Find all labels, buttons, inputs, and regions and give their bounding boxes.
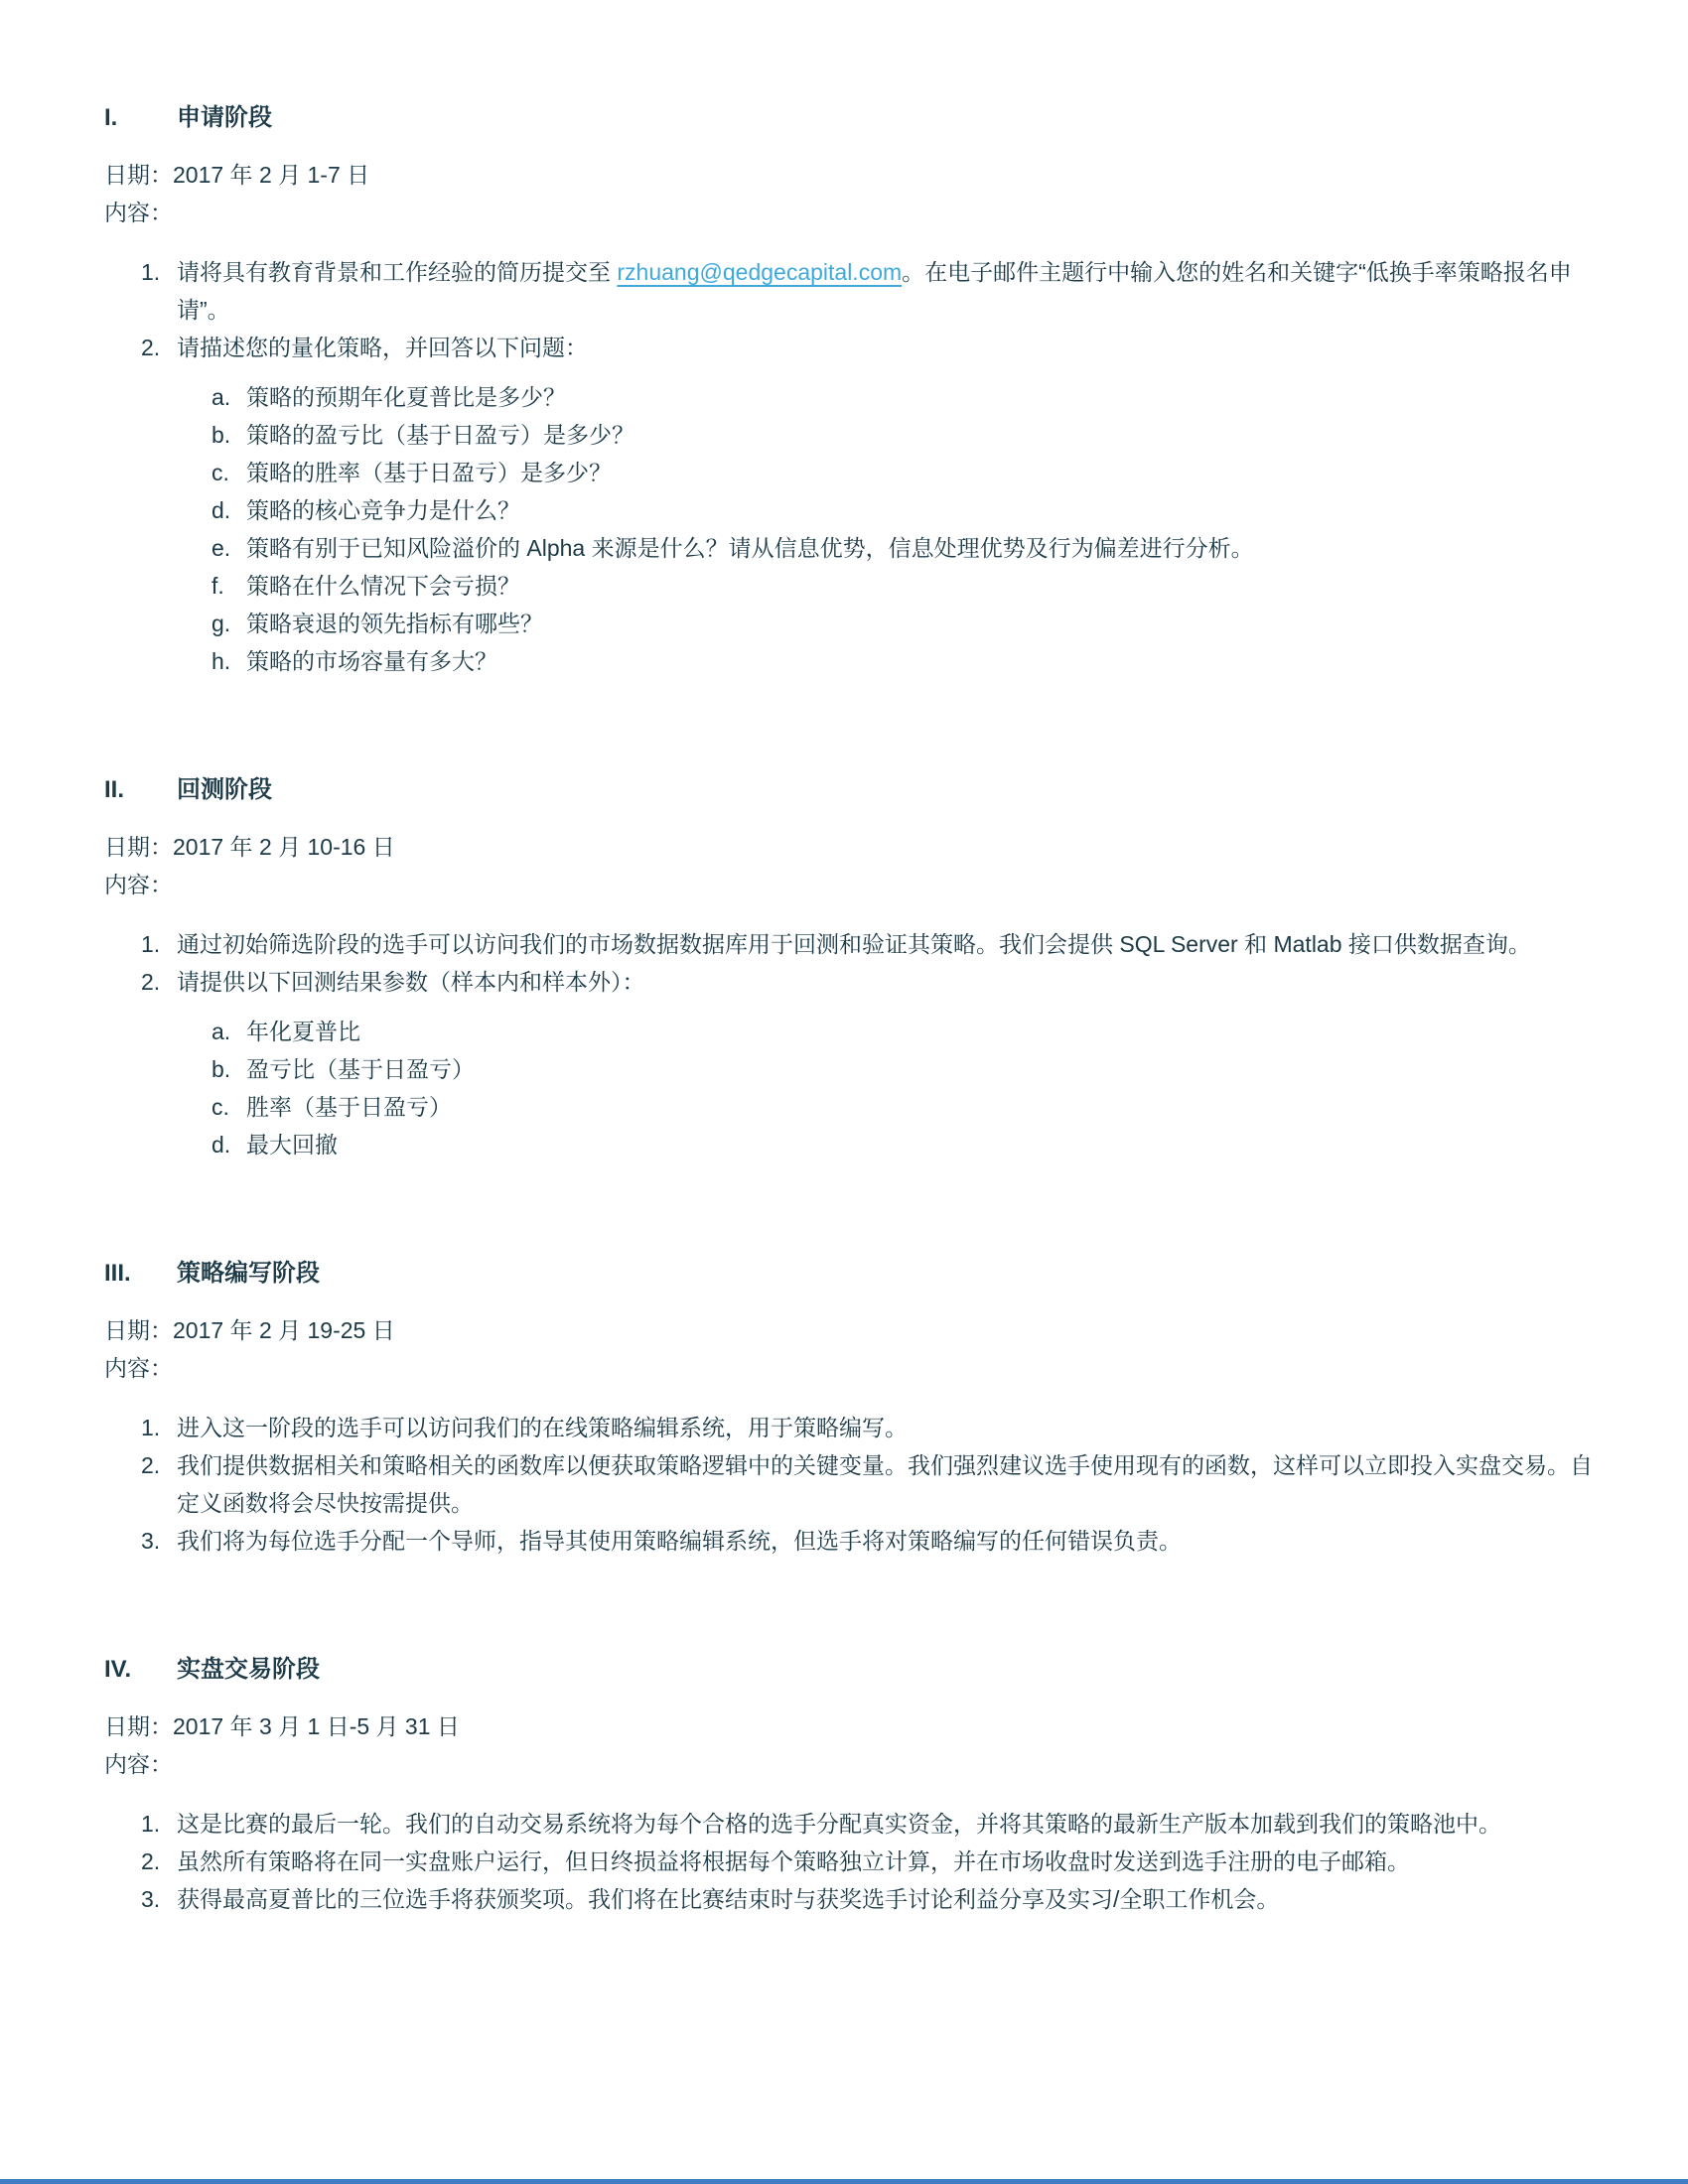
lettered-list: 策略的预期年化夏普比是多少？ 策略的盈亏比（基于日盈亏）是多少？ 策略的胜率（基… (177, 378, 1604, 680)
date-value: 2017 年 2 月 1-7 日 (173, 162, 369, 188)
document-page: I. 申请阶段 日期：2017 年 2 月 1-7 日 内容： 请将具有教育背景… (0, 0, 1688, 2184)
content-label: 内容： (104, 194, 1604, 231)
date-line: 日期：2017 年 3 月 1 日-5 月 31 日 (104, 1707, 1604, 1745)
section-live-trading-stage: IV. 实盘交易阶段 日期：2017 年 3 月 1 日-5 月 31 日 内容… (104, 1651, 1604, 1918)
date-label: 日期： (104, 834, 173, 860)
list-item: 虽然所有策略将在同一实盘账户运行，但日终损益将根据每个策略独立计算，并在市场收盘… (104, 1843, 1604, 1880)
list-item: 请将具有教育背景和工作经验的简历提交至 rzhuang@qedgecapital… (104, 253, 1604, 329)
section-title: 策略编写阶段 (177, 1255, 320, 1293)
email-link[interactable]: rzhuang@qedgecapital.com (617, 259, 902, 285)
date-line: 日期：2017 年 2 月 19-25 日 (104, 1311, 1604, 1349)
section-numeral: III. (104, 1255, 177, 1293)
page-bottom-border (0, 2179, 1688, 2184)
sub-list-item: 策略的盈亏比（基于日盈亏）是多少？ (177, 416, 1604, 454)
list-item: 进入这一阶段的选手可以访问我们的在线策略编辑系统，用于策略编写。 (104, 1409, 1604, 1446)
sub-list-item: 策略的核心竞争力是什么？ (177, 491, 1604, 529)
sub-list-item: 盈亏比（基于日盈亏） (177, 1050, 1604, 1088)
list-item: 请提供以下回测结果参数（样本内和样本外）： 年化夏普比 盈亏比（基于日盈亏） 胜… (104, 963, 1604, 1163)
date-label: 日期： (104, 1713, 173, 1739)
section-heading: IV. 实盘交易阶段 (104, 1651, 1604, 1689)
section-numeral: IV. (104, 1651, 177, 1689)
numbered-list: 这是比赛的最后一轮。我们的自动交易系统将为每个合格的选手分配真实资金，并将其策略… (104, 1805, 1604, 1918)
section-strategy-writing-stage: III. 策略编写阶段 日期：2017 年 2 月 19-25 日 内容： 进入… (104, 1255, 1604, 1560)
sub-list-item: 年化夏普比 (177, 1013, 1604, 1050)
date-line: 日期：2017 年 2 月 10-16 日 (104, 828, 1604, 866)
date-line: 日期：2017 年 2 月 1-7 日 (104, 156, 1604, 194)
section-heading: III. 策略编写阶段 (104, 1255, 1604, 1293)
list-item: 获得最高夏普比的三位选手将获颁奖项。我们将在比赛结束时与获奖选手讨论利益分享及实… (104, 1880, 1604, 1918)
numbered-list: 通过初始筛选阶段的选手可以访问我们的市场数据数据库用于回测和验证其策略。我们会提… (104, 925, 1604, 1163)
sub-list-item: 胜率（基于日盈亏） (177, 1088, 1604, 1126)
list-item: 这是比赛的最后一轮。我们的自动交易系统将为每个合格的选手分配真实资金，并将其策略… (104, 1805, 1604, 1843)
section-application-stage: I. 申请阶段 日期：2017 年 2 月 1-7 日 内容： 请将具有教育背景… (104, 99, 1604, 680)
sub-list-item: 策略有别于已知风险溢价的 Alpha 来源是什么？请从信息优势，信息处理优势及行… (177, 529, 1604, 567)
list-item: 请描述您的量化策略，并回答以下问题： 策略的预期年化夏普比是多少？ 策略的盈亏比… (104, 329, 1604, 680)
list-item: 我们将为每位选手分配一个导师，指导其使用策略编辑系统，但选手将对策略编写的任何错… (104, 1522, 1604, 1560)
date-value: 2017 年 2 月 19-25 日 (173, 1317, 395, 1343)
sub-list-item: 策略的预期年化夏普比是多少？ (177, 378, 1604, 416)
item-text-before-link: 请将具有教育背景和工作经验的简历提交至 (177, 259, 617, 285)
content-label: 内容： (104, 1745, 1604, 1783)
sub-list-item: 策略的胜率（基于日盈亏）是多少？ (177, 454, 1604, 491)
section-numeral: I. (104, 99, 177, 137)
sub-list-item: 策略衰退的领先指标有哪些？ (177, 605, 1604, 642)
date-label: 日期： (104, 1317, 173, 1343)
list-item: 通过初始筛选阶段的选手可以访问我们的市场数据数据库用于回测和验证其策略。我们会提… (104, 925, 1604, 963)
section-title: 回测阶段 (177, 771, 272, 809)
date-value: 2017 年 3 月 1 日-5 月 31 日 (173, 1713, 460, 1739)
section-backtest-stage: II. 回测阶段 日期：2017 年 2 月 10-16 日 内容： 通过初始筛… (104, 771, 1604, 1163)
list-item: 我们提供数据相关和策略相关的函数库以便获取策略逻辑中的关键变量。我们强烈建议选手… (104, 1446, 1604, 1522)
sub-list-item: 策略在什么情况下会亏损？ (177, 567, 1604, 605)
section-numeral: II. (104, 771, 177, 809)
date-value: 2017 年 2 月 10-16 日 (173, 834, 395, 860)
section-title: 申请阶段 (177, 99, 272, 137)
item-text: 请描述您的量化策略，并回答以下问题： (177, 335, 588, 360)
content-label: 内容： (104, 1349, 1604, 1387)
section-heading: II. 回测阶段 (104, 771, 1604, 809)
date-label: 日期： (104, 162, 173, 188)
sub-list-item: 最大回撤 (177, 1126, 1604, 1163)
lettered-list: 年化夏普比 盈亏比（基于日盈亏） 胜率（基于日盈亏） 最大回撤 (177, 1013, 1604, 1163)
numbered-list: 进入这一阶段的选手可以访问我们的在线策略编辑系统，用于策略编写。 我们提供数据相… (104, 1409, 1604, 1560)
numbered-list: 请将具有教育背景和工作经验的简历提交至 rzhuang@qedgecapital… (104, 253, 1604, 680)
item-text: 请提供以下回测结果参数（样本内和样本外）： (177, 969, 645, 995)
section-heading: I. 申请阶段 (104, 99, 1604, 137)
section-title: 实盘交易阶段 (177, 1651, 320, 1689)
sub-list-item: 策略的市场容量有多大？ (177, 642, 1604, 680)
content-label: 内容： (104, 866, 1604, 903)
